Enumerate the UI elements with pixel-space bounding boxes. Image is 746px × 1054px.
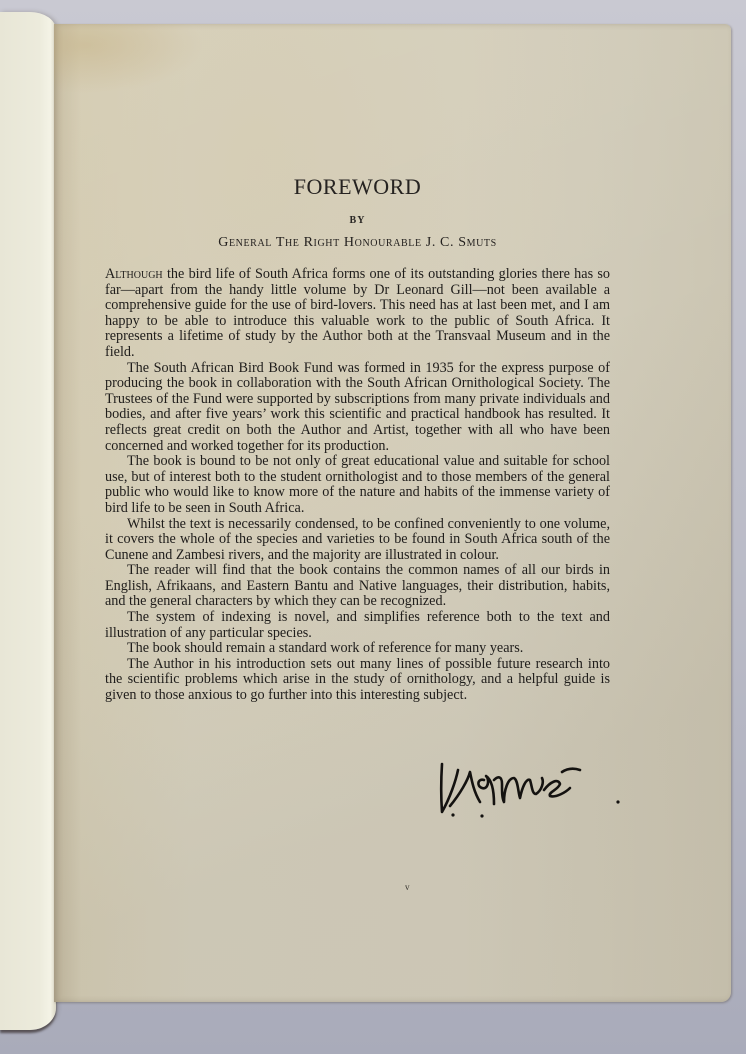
paragraph-4: Whilst the text is necessarily condensed… xyxy=(105,517,610,564)
paragraph-8: The Author in his introduction sets out … xyxy=(105,657,610,704)
book-page: FOREWORD BY General The Right Honourable… xyxy=(54,24,731,1002)
paragraph-2: The South African Bird Book Fund was for… xyxy=(105,361,610,455)
page-title: FOREWORD xyxy=(105,174,610,200)
paragraph-5: The reader will find that the book conta… xyxy=(105,563,610,610)
drop-lead-word: Although xyxy=(105,266,163,282)
author-name: General The Right Honourable J. C. Smuts xyxy=(105,235,610,251)
paragraph-3: The book is bound to be not only of grea… xyxy=(105,454,610,516)
paragraph-1: Although the bird life of South Africa f… xyxy=(105,267,610,361)
byline: BY xyxy=(105,215,610,226)
signature: J. C. Smuts (handwritten signature) xyxy=(432,750,642,820)
page-number: v xyxy=(405,882,410,892)
facing-page-edge xyxy=(0,12,56,1030)
foreword-body: Although the bird life of South Africa f… xyxy=(105,267,610,704)
paragraph-6: The system of indexing is novel, and sim… xyxy=(105,610,610,641)
paragraph-7: The book should remain a standard work o… xyxy=(105,641,610,657)
